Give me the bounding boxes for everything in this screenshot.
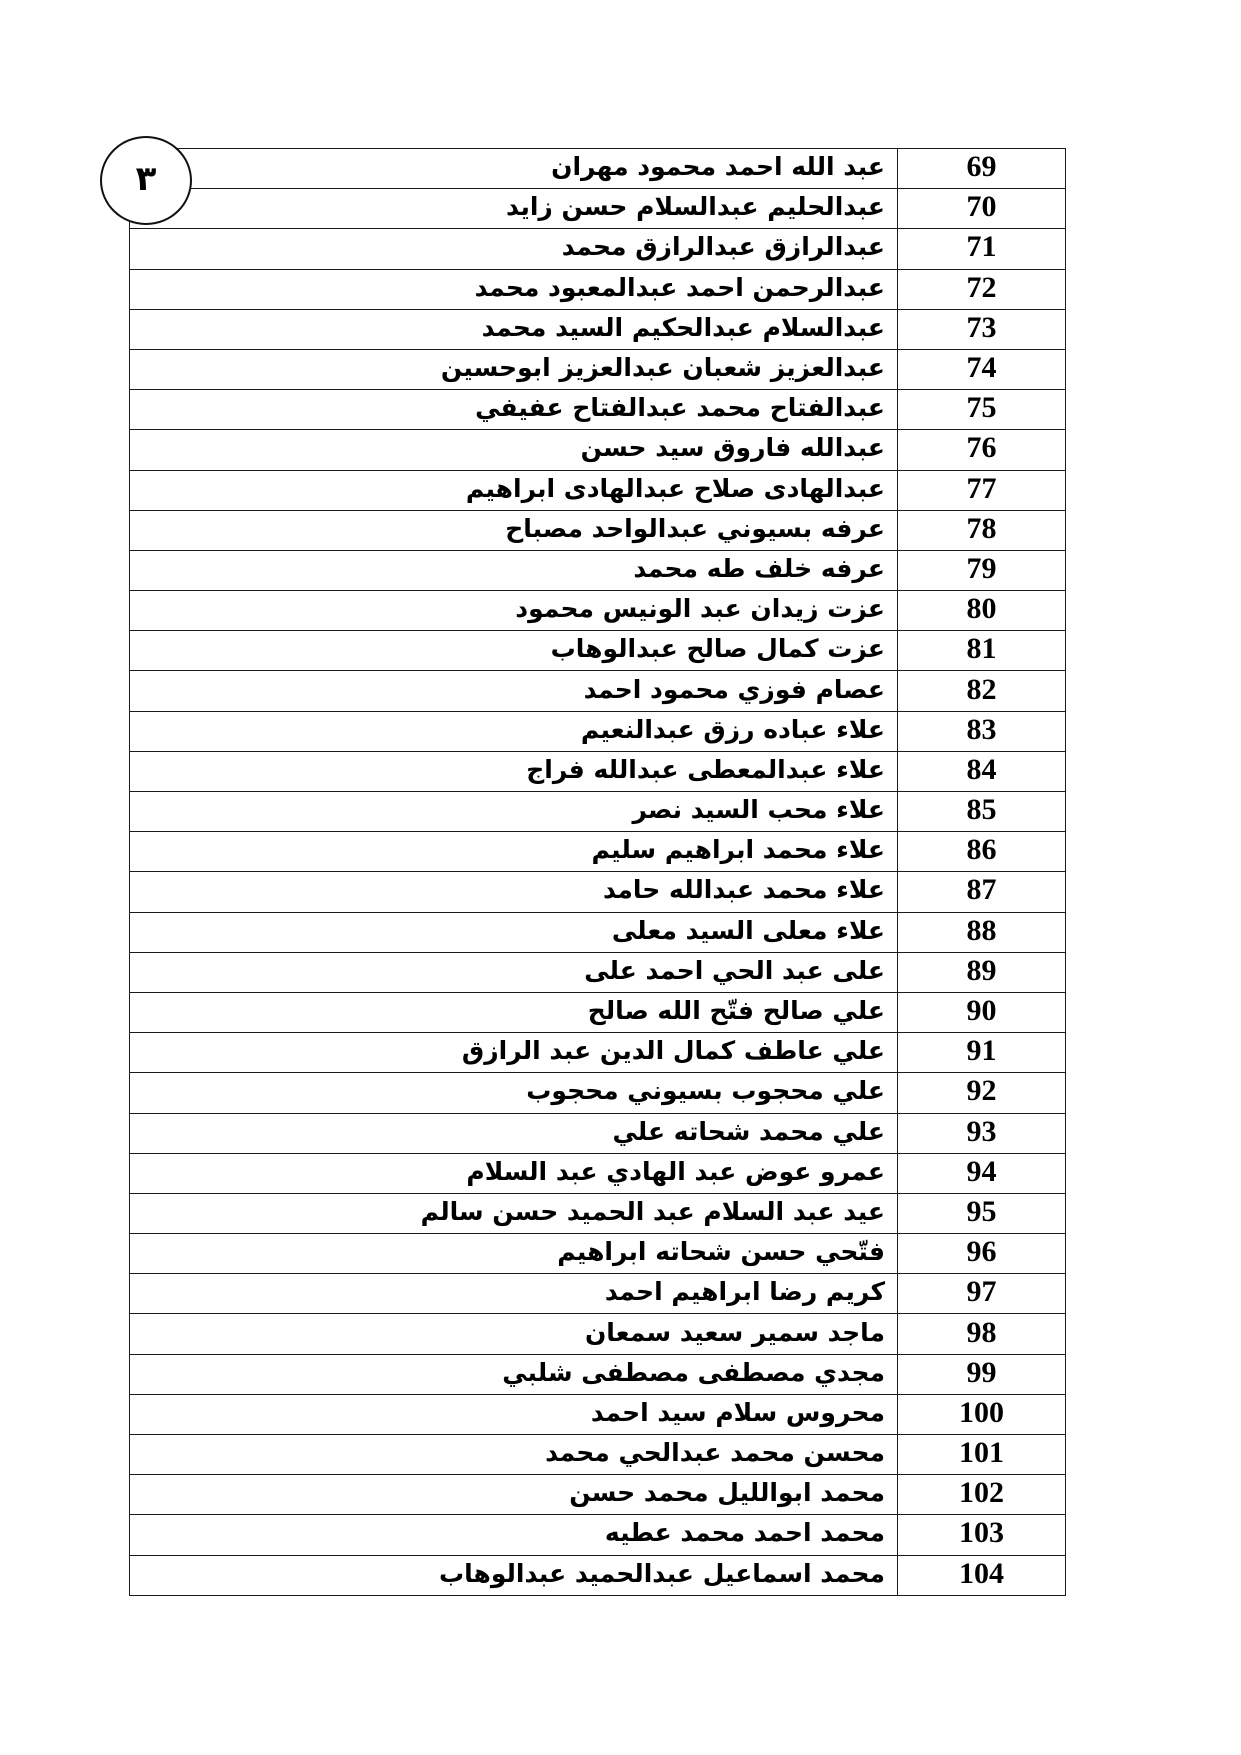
- name-roster-table: عبد الله احمد محمود مهران69عبدالحليم عبد…: [129, 148, 1066, 1596]
- serial-number-cell: 80: [898, 591, 1066, 631]
- table-row: عزت زيدان عبد الونيس محمود80: [130, 591, 1066, 631]
- serial-number-cell: 70: [898, 189, 1066, 229]
- serial-number-cell: 102: [898, 1475, 1066, 1515]
- person-name-cell: مجدي مصطفى مصطفى شلبي: [130, 1354, 898, 1394]
- serial-number-cell: 101: [898, 1435, 1066, 1475]
- table-row: علي عاطف كمال الدين عبد الرازق91: [130, 1033, 1066, 1073]
- person-name-cell: محمد احمد محمد عطيه: [130, 1515, 898, 1555]
- person-name-cell: محروس سلام سيد احمد: [130, 1394, 898, 1434]
- person-name-cell: عبدالله فاروق سيد حسن: [130, 430, 898, 470]
- table-row: عبدالهادى صلاح عبدالهادى ابراهيم77: [130, 470, 1066, 510]
- serial-number-cell: 87: [898, 872, 1066, 912]
- serial-number-cell: 96: [898, 1234, 1066, 1274]
- page-number: ٣: [136, 159, 157, 203]
- table-row: محمد احمد محمد عطيه103: [130, 1515, 1066, 1555]
- table-row: عصام فوزي محمود احمد82: [130, 671, 1066, 711]
- person-name-cell: علاء عبدالمعطى عبدالله فراج: [130, 751, 898, 791]
- serial-number-cell: 98: [898, 1314, 1066, 1354]
- table-row: علي صالح فتّح الله صالح90: [130, 992, 1066, 1032]
- serial-number-cell: 77: [898, 470, 1066, 510]
- table-row: عرفه بسيوني عبدالواحد مصباح78: [130, 510, 1066, 550]
- person-name-cell: عبدالهادى صلاح عبدالهادى ابراهيم: [130, 470, 898, 510]
- serial-number-cell: 99: [898, 1354, 1066, 1394]
- serial-number-cell: 92: [898, 1073, 1066, 1113]
- table-row: علاء محب السيد نصر85: [130, 792, 1066, 832]
- person-name-cell: عرفه خلف طه محمد: [130, 550, 898, 590]
- table-row: محروس سلام سيد احمد100: [130, 1394, 1066, 1434]
- serial-number-cell: 75: [898, 390, 1066, 430]
- table-row: كريم رضا ابراهيم احمد97: [130, 1274, 1066, 1314]
- person-name-cell: عبدالسلام عبدالحكيم السيد محمد: [130, 309, 898, 349]
- serial-number-cell: 90: [898, 992, 1066, 1032]
- person-name-cell: محمد ابوالليل محمد حسن: [130, 1475, 898, 1515]
- person-name-cell: عزت زيدان عبد الونيس محمود: [130, 591, 898, 631]
- table-row: عبدالسلام عبدالحكيم السيد محمد73: [130, 309, 1066, 349]
- table-row: عزت كمال صالح عبدالوهاب81: [130, 631, 1066, 671]
- person-name-cell: علي محمد شحاته علي: [130, 1113, 898, 1153]
- table-row: عبدالرحمن احمد عبدالمعبود محمد72: [130, 269, 1066, 309]
- person-name-cell: علاء عباده رزق عبدالنعيم: [130, 711, 898, 751]
- serial-number-cell: 103: [898, 1515, 1066, 1555]
- serial-number-cell: 85: [898, 792, 1066, 832]
- serial-number-cell: 88: [898, 912, 1066, 952]
- person-name-cell: عبدالفتاح محمد عبدالفتاح عفيفي: [130, 390, 898, 430]
- table-row: فتّحي حسن شحاته ابراهيم96: [130, 1234, 1066, 1274]
- table-row: عيد عبد السلام عبد الحميد حسن سالم95: [130, 1193, 1066, 1233]
- person-name-cell: ماجد سمير سعيد سمعان: [130, 1314, 898, 1354]
- table-row: على عبد الحي احمد على89: [130, 952, 1066, 992]
- serial-number-cell: 86: [898, 832, 1066, 872]
- roster-body: عبد الله احمد محمود مهران69عبدالحليم عبد…: [130, 149, 1066, 1596]
- person-name-cell: علي عاطف كمال الدين عبد الرازق: [130, 1033, 898, 1073]
- person-name-cell: علاء محمد ابراهيم سليم: [130, 832, 898, 872]
- table-row: عبدالرازق عبدالرازق محمد71: [130, 229, 1066, 269]
- table-row: علاء عباده رزق عبدالنعيم83: [130, 711, 1066, 751]
- serial-number-cell: 100: [898, 1394, 1066, 1434]
- person-name-cell: عيد عبد السلام عبد الحميد حسن سالم: [130, 1193, 898, 1233]
- page-number-badge: ٣: [100, 136, 192, 225]
- serial-number-cell: 84: [898, 751, 1066, 791]
- person-name-cell: عمرو عوض عبد الهادي عبد السلام: [130, 1153, 898, 1193]
- table-row: علي محمد شحاته علي93: [130, 1113, 1066, 1153]
- document-page: ٣ عبد الله احمد محمود مهران69عبدالحليم ع…: [0, 0, 1241, 1755]
- person-name-cell: محمد اسماعيل عبدالحميد عبدالوهاب: [130, 1555, 898, 1595]
- table-row: عبد الله احمد محمود مهران69: [130, 149, 1066, 189]
- table-row: محمد اسماعيل عبدالحميد عبدالوهاب104: [130, 1555, 1066, 1595]
- table-row: عبدالحليم عبدالسلام حسن زايد70: [130, 189, 1066, 229]
- person-name-cell: عرفه بسيوني عبدالواحد مصباح: [130, 510, 898, 550]
- table-row: علاء معلى السيد معلى88: [130, 912, 1066, 952]
- person-name-cell: علي محجوب بسيوني محجوب: [130, 1073, 898, 1113]
- person-name-cell: علاء معلى السيد معلى: [130, 912, 898, 952]
- table-row: مجدي مصطفى مصطفى شلبي99: [130, 1354, 1066, 1394]
- person-name-cell: علاء محمد عبدالله حامد: [130, 872, 898, 912]
- person-name-cell: محسن محمد عبدالحي محمد: [130, 1435, 898, 1475]
- table-row: محسن محمد عبدالحي محمد101: [130, 1435, 1066, 1475]
- table-row: علاء محمد ابراهيم سليم86: [130, 832, 1066, 872]
- serial-number-cell: 81: [898, 631, 1066, 671]
- person-name-cell: عبدالعزيز شعبان عبدالعزيز ابوحسين: [130, 349, 898, 389]
- serial-number-cell: 104: [898, 1555, 1066, 1595]
- person-name-cell: علي صالح فتّح الله صالح: [130, 992, 898, 1032]
- serial-number-cell: 89: [898, 952, 1066, 992]
- serial-number-cell: 72: [898, 269, 1066, 309]
- serial-number-cell: 95: [898, 1193, 1066, 1233]
- serial-number-cell: 76: [898, 430, 1066, 470]
- person-name-cell: عزت كمال صالح عبدالوهاب: [130, 631, 898, 671]
- serial-number-cell: 97: [898, 1274, 1066, 1314]
- person-name-cell: علاء محب السيد نصر: [130, 792, 898, 832]
- table-row: علاء محمد عبدالله حامد87: [130, 872, 1066, 912]
- person-name-cell: عبدالرحمن احمد عبدالمعبود محمد: [130, 269, 898, 309]
- serial-number-cell: 83: [898, 711, 1066, 751]
- serial-number-cell: 78: [898, 510, 1066, 550]
- person-name-cell: كريم رضا ابراهيم احمد: [130, 1274, 898, 1314]
- table-row: علي محجوب بسيوني محجوب92: [130, 1073, 1066, 1113]
- person-name-cell: عبدالرازق عبدالرازق محمد: [130, 229, 898, 269]
- person-name-cell: عصام فوزي محمود احمد: [130, 671, 898, 711]
- person-name-cell: فتّحي حسن شحاته ابراهيم: [130, 1234, 898, 1274]
- table-row: علاء عبدالمعطى عبدالله فراج84: [130, 751, 1066, 791]
- person-name-cell: عبدالحليم عبدالسلام حسن زايد: [130, 189, 898, 229]
- serial-number-cell: 69: [898, 149, 1066, 189]
- serial-number-cell: 73: [898, 309, 1066, 349]
- table-row: ماجد سمير سعيد سمعان98: [130, 1314, 1066, 1354]
- table-row: عبدالله فاروق سيد حسن76: [130, 430, 1066, 470]
- table-row: عرفه خلف طه محمد79: [130, 550, 1066, 590]
- person-name-cell: على عبد الحي احمد على: [130, 952, 898, 992]
- serial-number-cell: 91: [898, 1033, 1066, 1073]
- serial-number-cell: 93: [898, 1113, 1066, 1153]
- serial-number-cell: 74: [898, 349, 1066, 389]
- table-row: محمد ابوالليل محمد حسن102: [130, 1475, 1066, 1515]
- table-row: عبدالفتاح محمد عبدالفتاح عفيفي75: [130, 390, 1066, 430]
- serial-number-cell: 82: [898, 671, 1066, 711]
- person-name-cell: عبد الله احمد محمود مهران: [130, 149, 898, 189]
- table-row: عبدالعزيز شعبان عبدالعزيز ابوحسين74: [130, 349, 1066, 389]
- serial-number-cell: 79: [898, 550, 1066, 590]
- serial-number-cell: 94: [898, 1153, 1066, 1193]
- serial-number-cell: 71: [898, 229, 1066, 269]
- table-row: عمرو عوض عبد الهادي عبد السلام94: [130, 1153, 1066, 1193]
